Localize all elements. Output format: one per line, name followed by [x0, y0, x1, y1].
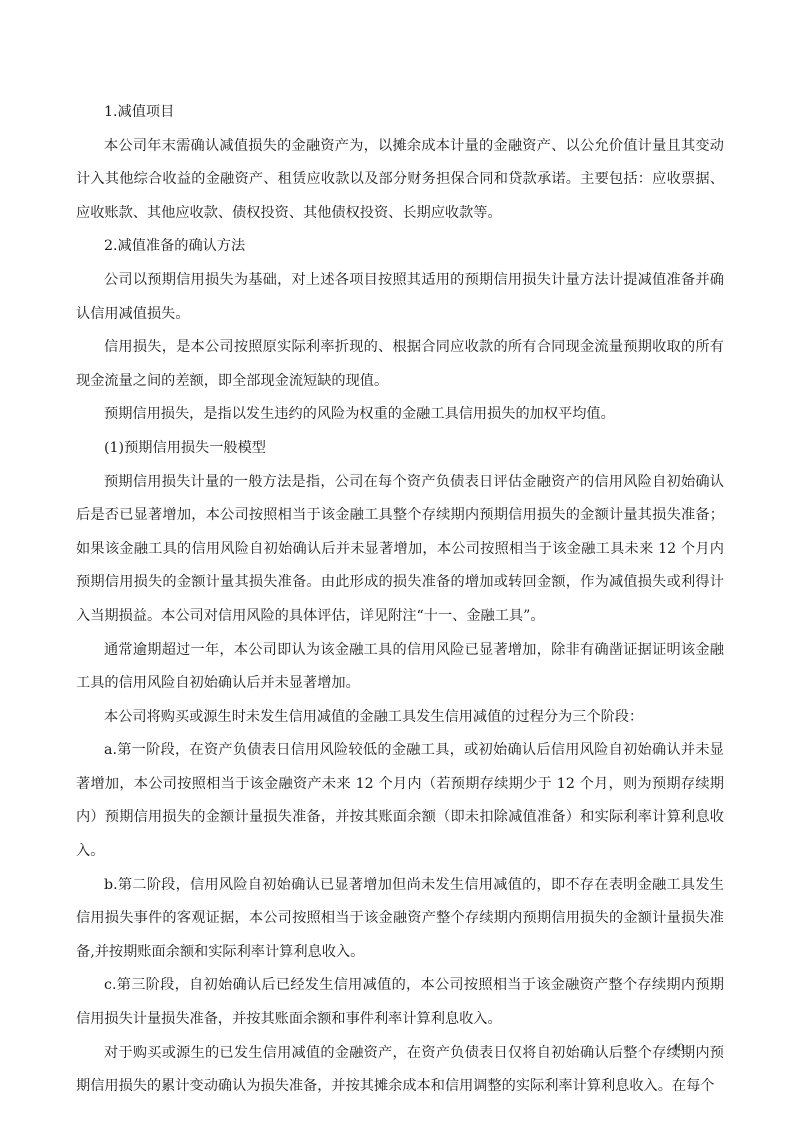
section-heading-recognition-method: 2.减值准备的确认方法	[76, 230, 724, 264]
paragraph: 本公司将购买或源生时未发生信用减值的金融工具发生信用减值的过程分为三个阶段：	[76, 701, 724, 735]
paragraph-stage-a: a.第一阶段，在资产负债表日信用风险较低的金融工具，或初始确认后信用风险自初始确…	[76, 734, 724, 868]
document-body: 1.减值项目 本公司年末需确认减值损失的金融资产为，以摊余成本计量的金融资产、以…	[76, 96, 724, 1104]
paragraph: 通常逾期超过一年，本公司即认为该金融工具的信用风险已显著增加，除非有确凿证据证明…	[76, 634, 724, 701]
paragraph-stage-c: c.第三阶段，自初始确认后已经发生信用减值的，本公司按照相当于该金融资产整个存续…	[76, 969, 724, 1036]
paragraph: 对于购买或源生的已发生信用减值的金融资产，在资产负债表日仅将自初始确认后整个存续…	[76, 1037, 724, 1104]
paragraph: 预期信用损失，是指以发生违约的风险为权重的金融工具信用损失的加权平均值。	[76, 398, 724, 432]
paragraph: 信用损失，是本公司按照原实际利率折现的、根据合同应收款的所有合同现金流量预期收取…	[76, 331, 724, 398]
paragraph: 本公司年末需确认减值损失的金融资产为，以摊余成本计量的金融资产、以公允价值计量且…	[76, 130, 724, 231]
paragraph: 预期信用损失计量的一般方法是指，公司在每个资产负债表日评估金融资产的信用风险自初…	[76, 466, 724, 634]
page-number: 40	[672, 1040, 684, 1055]
subsection-heading-general-model: (1)预期信用损失一般模型	[76, 432, 724, 466]
paragraph-stage-b: b.第二阶段，信用风险自初始确认已显著增加但尚未发生信用减值的，即不存在表明金融…	[76, 869, 724, 970]
section-heading-impairment-items: 1.减值项目	[76, 96, 724, 130]
paragraph: 公司以预期信用损失为基础，对上述各项目按照其适用的预期信用损失计量方法计提减值准…	[76, 264, 724, 331]
